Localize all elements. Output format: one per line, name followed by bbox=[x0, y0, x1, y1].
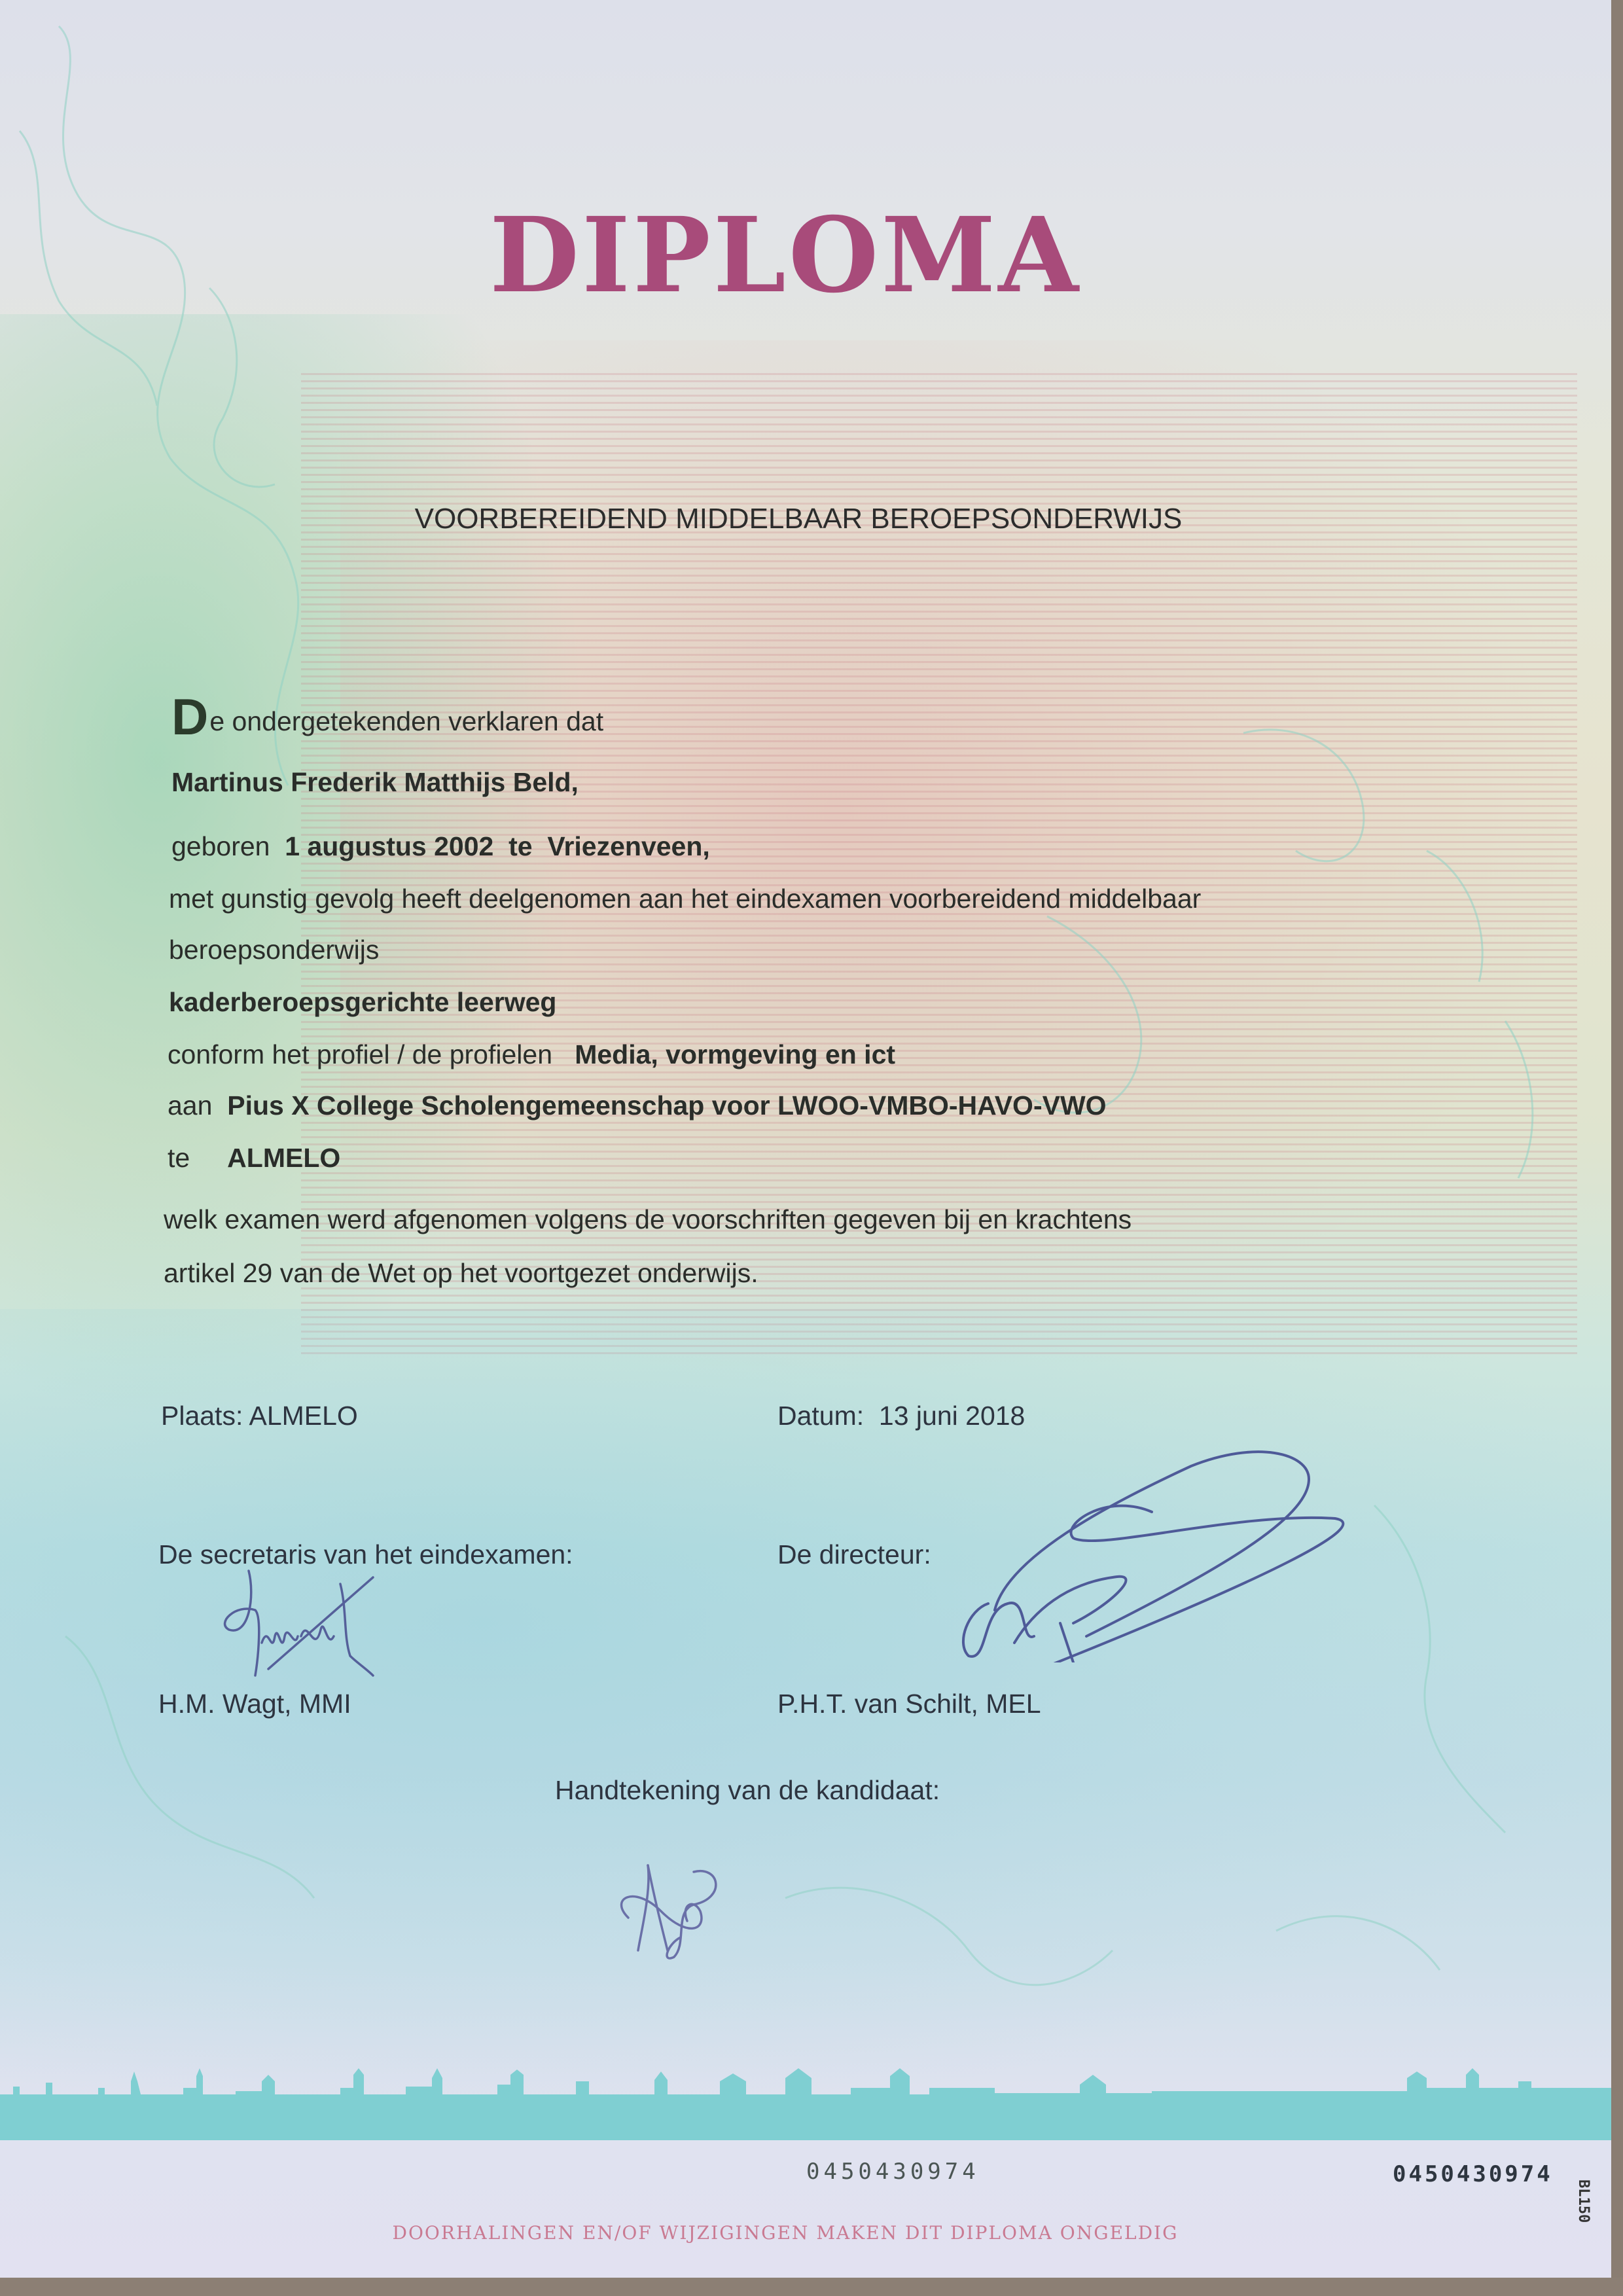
candidate-name: Martinus Frederik Matthijs Beld, bbox=[171, 767, 579, 798]
profile-value: Media, vormgeving en ict bbox=[575, 1039, 895, 1069]
birth-date: 1 augustus 2002 bbox=[285, 831, 493, 861]
director-name: P.H.T. van Schilt, MEL bbox=[777, 1689, 1041, 1719]
secretary-name: H.M. Wagt, MMI bbox=[158, 1689, 351, 1719]
serial-number-right: 0450430974 bbox=[1393, 2161, 1553, 2187]
school-line: aan Pius X College Scholengemeenschap vo… bbox=[168, 1090, 1107, 1121]
serial-number-center: 0450430974 bbox=[806, 2159, 980, 2185]
city-line: te ALMELO bbox=[168, 1143, 340, 1174]
dropcap-letter: D bbox=[171, 688, 208, 745]
diploma-paper: DIPLOMA VOORBEREIDEND MIDDELBAAR BEROEPS… bbox=[0, 0, 1611, 2278]
city-skyline-banner bbox=[0, 2068, 1611, 2140]
place-label: Plaats: ALMELO bbox=[161, 1401, 358, 1431]
tamper-warning: DOORHALINGEN EN/OF WIJZIGINGEN MAKEN DIT… bbox=[0, 2222, 1571, 2244]
diploma-title: DIPLOMA bbox=[0, 195, 1571, 316]
education-type-heading: VOORBEREIDEND MIDDELBAAR BEROEPSONDERWIJ… bbox=[0, 503, 1597, 535]
city-prefix: te bbox=[168, 1143, 190, 1173]
profile-prefix: conform het profiel / de profielen bbox=[168, 1039, 552, 1069]
city-name: ALMELO bbox=[227, 1143, 340, 1173]
birth-place: Vriezenveen, bbox=[547, 831, 709, 861]
exam-line-2: beroepsonderwijs bbox=[169, 935, 379, 965]
birth-te: te bbox=[508, 831, 532, 861]
table-surface bbox=[0, 2278, 1623, 2296]
learning-path: kaderberoepsgerichte leerweg bbox=[169, 987, 556, 1018]
exam-line-1: met gunstig gevolg heeft deelgenomen aan… bbox=[169, 884, 1201, 914]
birth-prefix: geboren bbox=[171, 831, 270, 861]
profile-line: conform het profiel / de profielen Media… bbox=[168, 1039, 895, 1070]
secretary-signature bbox=[209, 1558, 471, 1689]
birth-line: geboren 1 augustus 2002 te Vriezenveen, bbox=[171, 831, 710, 862]
candidate-signature-label: Handtekening van de kandidaat: bbox=[555, 1775, 940, 1806]
intro-text: e ondergetekenden verklaren dat bbox=[209, 706, 603, 736]
candidate-signature bbox=[615, 1859, 746, 1964]
school-name: Pius X College Scholengemeenschap voor L… bbox=[227, 1090, 1106, 1121]
director-signature bbox=[942, 1427, 1361, 1662]
form-code: BL150 bbox=[1575, 2179, 1592, 2223]
legal-line-1: welk examen werd afgenomen volgens de vo… bbox=[164, 1204, 1132, 1235]
legal-line-2: artikel 29 van de Wet op het voortgezet … bbox=[164, 1258, 758, 1289]
director-label: De directeur: bbox=[777, 1539, 931, 1570]
intro-line: De ondergetekenden verklaren dat bbox=[171, 687, 603, 747]
school-prefix: aan bbox=[168, 1090, 212, 1121]
